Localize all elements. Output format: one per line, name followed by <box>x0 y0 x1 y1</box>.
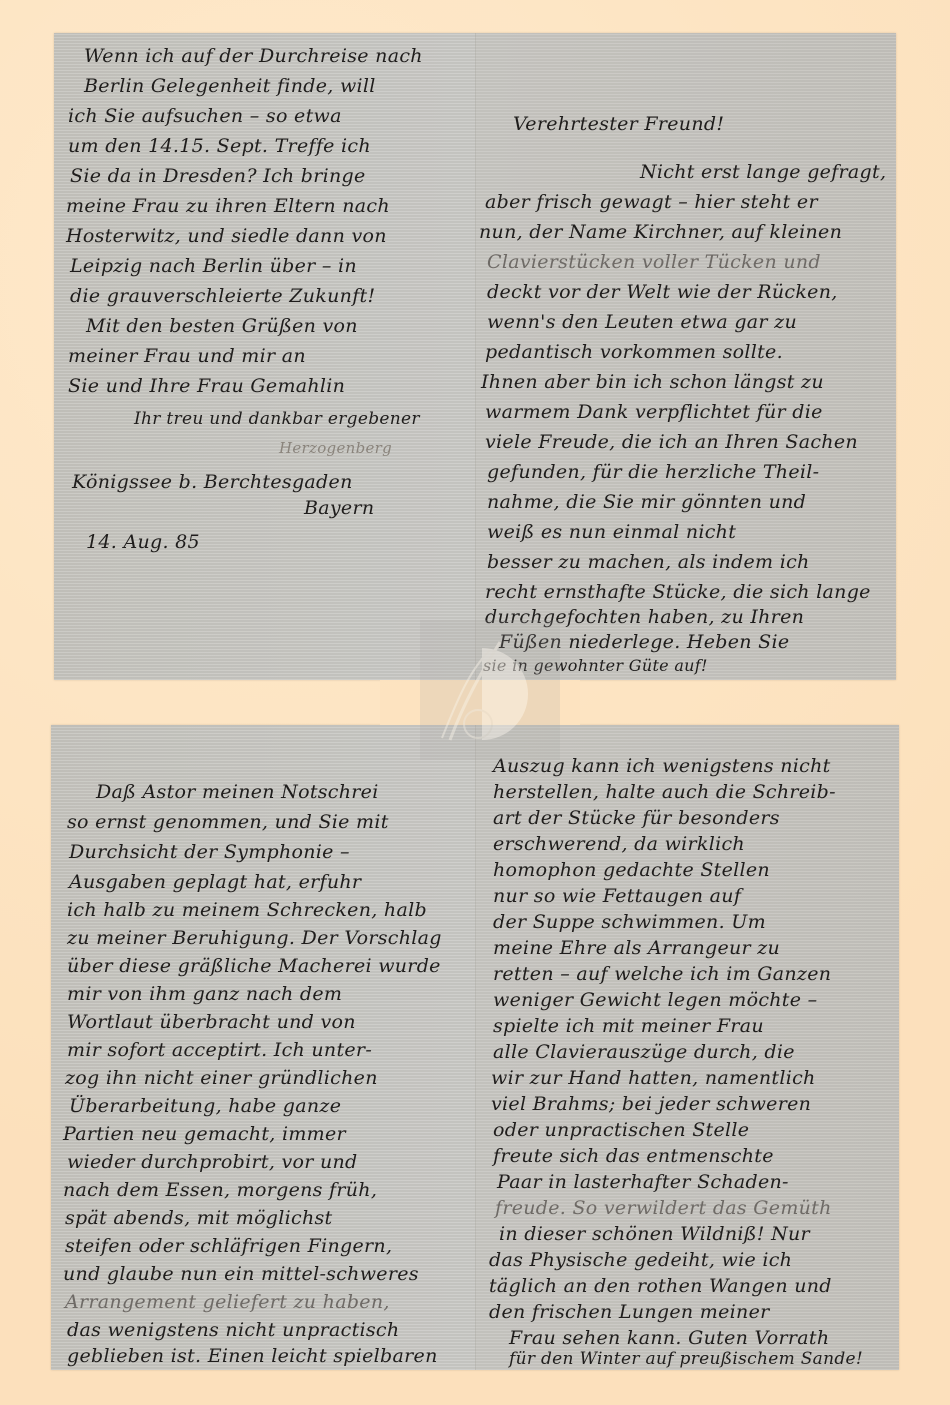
text-line: Partien neu gemacht, immer <box>63 1125 346 1144</box>
text-line: Wortlaut überbracht und von <box>67 1013 356 1032</box>
text-line: warmem Dank verpflichtet für die <box>485 403 823 422</box>
sheet-2-right-page: Auszug kann ich wenigstens nicht herstel… <box>475 725 899 1370</box>
text-line: deckt vor der Welt wie der Rücken, <box>487 283 838 302</box>
text-line: besser zu machen, als indem ich <box>487 553 810 572</box>
text-line: Leipzig nach Berlin über – in <box>70 257 357 276</box>
text-line: Ausgaben geplagt hat, erfuhr <box>69 873 361 892</box>
text-line: Paar in lasterhafter Schaden- <box>497 1173 789 1192</box>
text-line: Durchsicht der Symphonie – <box>69 843 350 862</box>
text-line: recht ernsthafte Stücke, die sich lange <box>485 583 871 602</box>
text-line: viel Brahms; bei jeder schweren <box>491 1095 811 1114</box>
text-line: so ernst genommen, und Sie mit <box>67 813 389 832</box>
text-line: zu meiner Beruhigung. Der Vorschlag <box>67 929 442 948</box>
region-line: Bayern <box>304 499 374 518</box>
text-line: Nicht erst lange gefragt, <box>640 163 886 182</box>
text-line: art der Stücke für besonders <box>493 809 780 828</box>
text-line: viele Freude, die ich an Ihren Sachen <box>485 433 858 452</box>
text-line: nahme, die Sie mir gönnten und <box>487 493 806 512</box>
text-line: täglich an den rothen Wangen und <box>489 1277 832 1296</box>
text-line: steifen oder schläfrigen Fingern, <box>65 1237 392 1256</box>
text-line: wieder durchprobirt, vor und <box>67 1153 358 1172</box>
text-line: Frau sehen kann. Guten Vorrath <box>509 1329 829 1348</box>
text-line: und glaube nun ein mittel-schweres <box>63 1265 419 1284</box>
sheet-1-left-page: Wenn ich auf der Durchreise nach Berlin … <box>54 33 476 680</box>
text-line: wenn's den Leuten etwa gar zu <box>487 313 797 332</box>
text-line: herstellen, halte auch die Schreib- <box>493 783 836 802</box>
text-line: für den Winter auf preußischem Sande! <box>509 1351 863 1368</box>
text-line: nun, der Name Kirchner, auf kleinen <box>479 223 842 242</box>
letter-sheet-2: Daß Astor meinen Notschrei so ernst geno… <box>51 725 899 1370</box>
watermark-logo-icon <box>420 620 560 760</box>
text-line: der Suppe schwimmen. Um <box>493 913 766 932</box>
text-line: aber frisch gewagt – hier steht er <box>485 193 818 212</box>
text-line: das Physische gedeiht, wie ich <box>489 1251 792 1270</box>
text-line: retten – auf welche ich im Ganzen <box>493 965 831 984</box>
text-line: zog ihn nicht einer gründlichen <box>65 1069 378 1088</box>
text-line: ich Sie aufsuchen – so etwa <box>68 107 342 126</box>
text-line: meiner Frau und mir an <box>68 347 306 366</box>
text-line: Sie und Ihre Frau Gemahlin <box>68 377 345 396</box>
text-line: Arrangement geliefert zu haben, <box>65 1293 390 1312</box>
text-line: um den 14.15. Sept. Treffe ich <box>68 137 371 156</box>
text-line: Berlin Gelegenheit finde, will <box>84 77 376 96</box>
text-line: in dieser schönen Wildniß! Nur <box>499 1225 810 1244</box>
text-line: ich halb zu meinem Schrecken, halb <box>67 901 427 920</box>
text-line: die grauverschleierte Zukunft! <box>70 287 375 306</box>
salutation: Verehrtester Freund! <box>513 115 724 134</box>
text-line: spielte ich mit meiner Frau <box>493 1017 764 1036</box>
date-line: 14. Aug. 85 <box>86 533 200 552</box>
text-line: meine Frau zu ihren Eltern nach <box>66 197 390 216</box>
text-line: Wenn ich auf der Durchreise nach <box>84 47 423 66</box>
signature: Herzogenberg <box>279 441 392 456</box>
text-line: alle Clavierauszüge durch, die <box>493 1043 795 1062</box>
closing-line: Ihr treu und dankbar ergebener <box>134 411 420 428</box>
text-line: spät abends, mit möglichst <box>65 1209 332 1228</box>
text-line: Überarbeitung, habe ganze <box>69 1097 341 1116</box>
text-line: weniger Gewicht legen möchte – <box>493 991 817 1010</box>
sheet-2-left-page: Daß Astor meinen Notschrei so ernst geno… <box>51 725 476 1370</box>
text-line: geblieben ist. Einen leicht spielbaren <box>67 1347 438 1366</box>
text-line: Clavierstücken voller Tücken und <box>487 253 821 272</box>
text-line: pedantisch vorkommen sollte. <box>485 343 783 362</box>
text-line: Mit den besten Grüßen von <box>86 317 358 336</box>
place-line: Königssee b. Berchtesgaden <box>72 473 353 492</box>
text-line: wir zur Hand hatten, namentlich <box>491 1069 816 1088</box>
text-line: nach dem Essen, morgens früh, <box>63 1181 377 1200</box>
text-line: nur so wie Fettaugen auf <box>493 887 741 906</box>
text-line: Sie da in Dresden? Ich bringe <box>70 167 366 186</box>
text-line: Ihnen aber bin ich schon längst zu <box>481 373 824 392</box>
text-line: gefunden, für die herzliche Theil- <box>487 463 819 482</box>
text-line: weiß es nun einmal nicht <box>487 523 736 542</box>
text-line: mir sofort acceptirt. Ich unter- <box>67 1041 372 1060</box>
text-line: meine Ehre als Arrangeur zu <box>493 939 780 958</box>
text-line: über diese gräßliche Macherei wurde <box>67 957 441 976</box>
text-line: homophon gedachte Stellen <box>493 861 770 880</box>
letter-sheet-1: Wenn ich auf der Durchreise nach Berlin … <box>54 33 896 680</box>
text-line: freute sich das entmenschte <box>493 1147 774 1166</box>
text-line: Daß Astor meinen Notschrei <box>96 783 379 802</box>
text-line: den frischen Lungen meiner <box>489 1303 770 1322</box>
sheet-1-right-page: Verehrtester Freund! Nicht erst lange ge… <box>475 33 896 680</box>
text-line: mir von ihm ganz nach dem <box>67 985 342 1004</box>
text-line: das wenigstens nicht unpractisch <box>67 1321 399 1340</box>
text-line: oder unpractischen Stelle <box>493 1121 749 1140</box>
text-line: erschwerend, da wirklich <box>493 835 745 854</box>
text-line: freude. So verwildert das Gemüth <box>495 1199 832 1218</box>
text-line: Hosterwitz, und siedle dann von <box>66 227 387 246</box>
